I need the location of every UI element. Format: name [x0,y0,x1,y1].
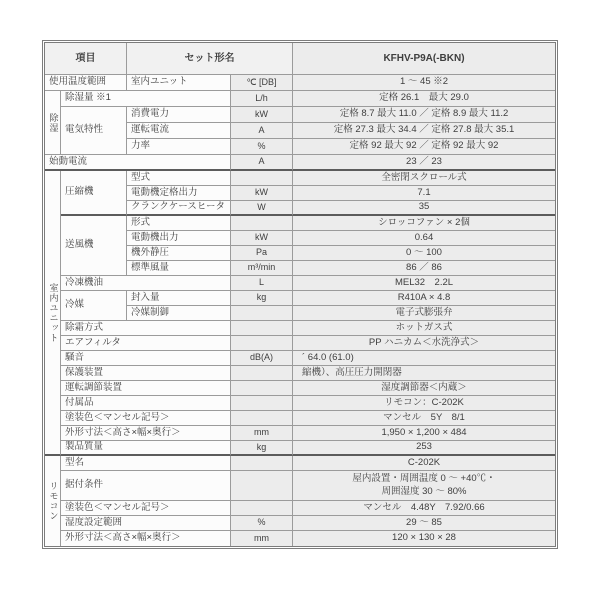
spec-label: 外形寸法＜高さ×幅×奥行＞ [61,531,231,546]
spec-table: 項目 セット形名 KFHV-P9A(-BKN) 使用温度範囲 室内ユニット ℃ … [44,42,556,547]
spec-value: 0.64 [293,231,555,246]
spec-unit [231,411,293,426]
spec-unit: W [231,201,293,216]
spec-value: 253 [293,441,555,456]
spec-unit: kW [231,107,293,123]
spec-value: MEL32 2.2L [293,276,555,291]
group-label-refrigerant: 冷媒 [61,291,127,321]
spec-value: 定格 26.1 最大 29.0 [293,91,555,107]
spec-label: 付属品 [61,396,231,411]
group-label-electrical: 電気特性 [61,107,127,155]
spec-unit: mm [231,531,293,546]
spec-value: 定格 92 最大 92 ／ 定格 92 最大 92 [293,139,555,155]
spec-value: 29 ～ 85 [293,516,555,531]
spec-unit: kg [231,291,293,306]
spec-value: C-202K [293,456,555,471]
spec-label: 除湿量 ※1 [61,91,231,107]
group-label-compressor: 圧縮機 [61,171,127,216]
spec-unit: dB(A) [231,351,293,366]
spec-value: 0 ～ 100 [293,246,555,261]
spec-value: 縮機）、高圧圧力開閉器 [293,366,555,381]
spec-label: 型名 [61,456,231,471]
spec-label: 使用温度範囲 [45,75,127,91]
spec-label: 保護装置 [61,366,231,381]
spec-value: 1,950 × 1,200 × 484 [293,426,555,441]
spec-value: ´ 64.0 (61.0) [293,351,555,366]
group-label-indoor-unit: 室内ユニット [45,171,61,456]
spec-label: 外形寸法＜高さ×幅×奥行＞ [61,426,231,441]
spec-sublabel: 室内ユニット [127,75,231,91]
spec-label: 冷媒制御 [127,306,231,321]
spec-value: シロッコファン × 2個 [293,216,555,231]
spec-unit [231,321,293,336]
spec-unit: L/h [231,91,293,107]
spec-unit: mm [231,426,293,441]
spec-label: 運転電流 [127,123,231,139]
spec-label: 機外静圧 [127,246,231,261]
spec-label: 電動機出力 [127,231,231,246]
spec-value: 1 ～ 45 ※2 [293,75,555,91]
header-item: 項目 [45,43,127,75]
spec-unit: % [231,516,293,531]
spec-unit [231,171,293,186]
spec-label: 形式 [127,216,231,231]
spec-unit: Pa [231,246,293,261]
spec-label: 塗装色＜マンセル記号＞ [61,501,231,516]
spec-value: ホットガス式 [293,321,555,336]
group-label-fan: 送風機 [61,216,127,276]
spec-label: 湿度設定範囲 [61,516,231,531]
spec-unit: kW [231,186,293,201]
spec-unit [231,456,293,471]
spec-unit: ℃ [DB] [231,75,293,91]
spec-value: マンセル 5Y 8/1 [293,411,555,426]
spec-unit: L [231,276,293,291]
spec-value: 7.1 [293,186,555,201]
spec-value: 屋内設置・周囲温度 0 ～ +40℃・ 周囲湿度 30 ～ 80% [293,471,555,501]
spec-value: 電子式膨張弁 [293,306,555,321]
spec-value: 定格 27.3 最大 34.4 ／ 定格 27.8 最大 35.1 [293,123,555,139]
spec-unit: kg [231,441,293,456]
spec-label: 運転調節装置 [61,381,231,396]
spec-unit [231,216,293,231]
spec-label: 塗装色＜マンセル記号＞ [61,411,231,426]
spec-unit: A [231,123,293,139]
spec-value: 全密閉スクロール式 [293,171,555,186]
header-set-name: セット形名 [127,43,293,75]
spec-unit: kW [231,231,293,246]
spec-unit: m³/min [231,261,293,276]
spec-unit [231,366,293,381]
spec-unit [231,501,293,516]
spec-unit [231,396,293,411]
spec-label: 冷凍機油 [61,276,231,291]
spec-label: エアフィルタ [61,336,231,351]
spec-value: 定格 8.7 最大 11.0 ／ 定格 8.9 最大 11.2 [293,107,555,123]
spec-label: 標準風量 [127,261,231,276]
spec-label: 封入量 [127,291,231,306]
spec-value: 23 ／ 23 [293,155,555,171]
spec-label: クランクケースヒータ [127,201,231,216]
header-model: KFHV-P9A(-BKN) [293,43,555,75]
spec-label: 製品質量 [61,441,231,456]
spec-label: 型式 [127,171,231,186]
spec-label: 除霜方式 [61,321,231,336]
spec-label: 電動機定格出力 [127,186,231,201]
spec-label: 消費電力 [127,107,231,123]
spec-label: 始動電流 [45,155,231,171]
spec-value: PP ハニカム＜水洗浄式＞ [293,336,555,351]
spec-value: マンセル 4.48Y 7.92/0.66 [293,501,555,516]
spec-label: 力率 [127,139,231,155]
spec-value: 湿度調節器＜内蔵＞ [293,381,555,396]
spec-unit [231,381,293,396]
spec-unit [231,306,293,321]
group-label-dehumid: 除湿 [45,91,61,155]
spec-unit [231,471,293,501]
spec-value: R410A × 4.8 [293,291,555,306]
group-label-remote: リモコン [45,456,61,546]
spec-unit [231,336,293,351]
spec-value: 35 [293,201,555,216]
spec-value: 120 × 130 × 28 [293,531,555,546]
spec-unit: % [231,139,293,155]
spec-value: リモコン：C-202K [293,396,555,411]
spec-unit: A [231,155,293,171]
spec-label: 据付条件 [61,471,231,501]
spec-sheet: 項目 セット形名 KFHV-P9A(-BKN) 使用温度範囲 室内ユニット ℃ … [42,40,558,549]
spec-label: 騒音 [61,351,231,366]
spec-value: 86 ／ 86 [293,261,555,276]
